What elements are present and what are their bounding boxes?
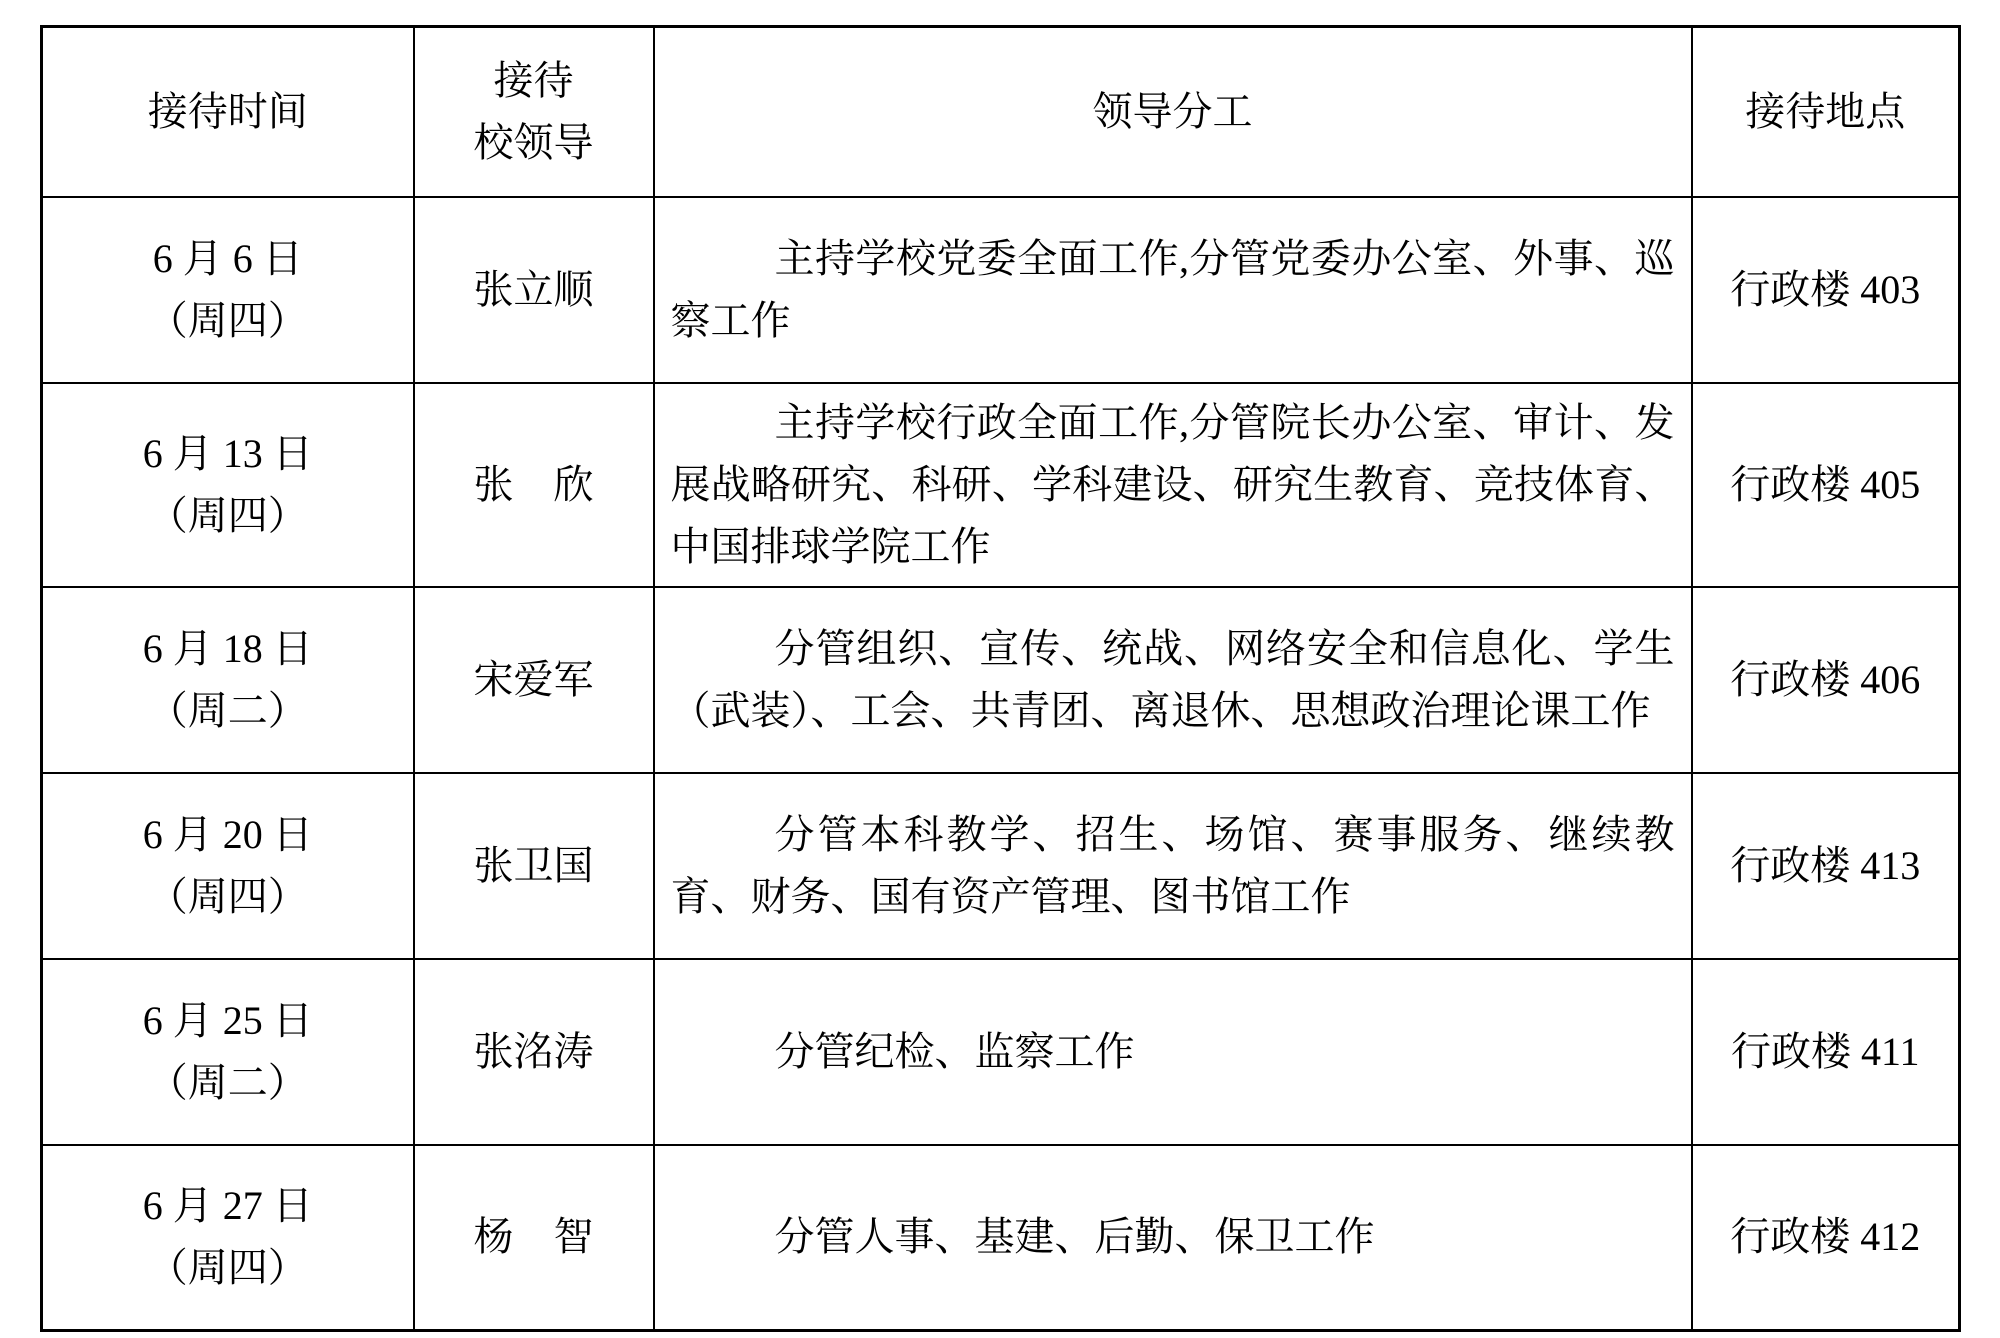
table-row: 6 月 6 日 （周四） 张立顺 主持学校党委全面工作,分管党委办公室、外事、巡… [42, 197, 1960, 383]
reception-schedule-table: 接待时间 接待 校领导 领导分工 接待地点 6 月 6 日 （周四） 张立顺 主… [40, 25, 1961, 1332]
duty-cell: 分管纪检、监察工作 [654, 959, 1692, 1145]
weekday-text: （周二） [59, 1052, 397, 1114]
table-row: 6 月 18 日 （周二） 宋爱军 分管组织、宣传、统战、网络安全和信息化、学生… [42, 587, 1960, 773]
date-text: 6 月 18 日 [59, 618, 397, 680]
leader-name-cell: 张立顺 [414, 197, 654, 383]
date-cell: 6 月 27 日 （周四） [42, 1145, 414, 1331]
leader-name-cell: 张 欣 [414, 383, 654, 587]
date-text: 6 月 27 日 [59, 1175, 397, 1237]
leader-name-cell: 宋爱军 [414, 587, 654, 773]
date-text: 6 月 13 日 [59, 423, 397, 485]
header-reception-time: 接待时间 [42, 27, 414, 197]
duty-cell: 分管组织、宣传、统战、网络安全和信息化、学生（武装）、工会、共青团、离退休、思想… [654, 587, 1692, 773]
table-header: 接待时间 接待 校领导 领导分工 接待地点 [42, 27, 1960, 197]
header-row: 接待时间 接待 校领导 领导分工 接待地点 [42, 27, 1960, 197]
date-cell: 6 月 13 日 （周四） [42, 383, 414, 587]
date-cell: 6 月 18 日 （周二） [42, 587, 414, 773]
date-text: 6 月 25 日 [59, 990, 397, 1052]
table-row: 6 月 27 日 （周四） 杨 智 分管人事、基建、后勤、保卫工作 行政楼 41… [42, 1145, 1960, 1331]
duty-cell: 主持学校党委全面工作,分管党委办公室、外事、巡察工作 [654, 197, 1692, 383]
location-cell: 行政楼 411 [1692, 959, 1960, 1145]
date-cell: 6 月 6 日 （周四） [42, 197, 414, 383]
duty-text: 分管组织、宣传、统战、网络安全和信息化、学生（武装）、工会、共青团、离退休、思想… [671, 618, 1675, 742]
location-cell: 行政楼 412 [1692, 1145, 1960, 1331]
header-leader-duties: 领导分工 [654, 27, 1692, 197]
date-text: 6 月 6 日 [59, 228, 397, 290]
header-receiving-leader: 接待 校领导 [414, 27, 654, 197]
weekday-text: （周四） [59, 290, 397, 352]
weekday-text: （周四） [59, 1237, 397, 1299]
duty-cell: 分管本科教学、招生、场馆、赛事服务、继续教育、财务、国有资产管理、图书馆工作 [654, 773, 1692, 959]
table-body: 6 月 6 日 （周四） 张立顺 主持学校党委全面工作,分管党委办公室、外事、巡… [42, 197, 1960, 1331]
weekday-text: （周四） [59, 866, 397, 928]
duty-text: 主持学校行政全面工作,分管院长办公室、审计、发展战略研究、科研、学科建设、研究生… [671, 392, 1675, 578]
duty-text: 主持学校党委全面工作,分管党委办公室、外事、巡察工作 [671, 228, 1675, 352]
date-text: 6 月 20 日 [59, 804, 397, 866]
table-row: 6 月 13 日 （周四） 张 欣 主持学校行政全面工作,分管院长办公室、审计、… [42, 383, 1960, 587]
duty-text: 分管本科教学、招生、场馆、赛事服务、继续教育、财务、国有资产管理、图书馆工作 [671, 804, 1675, 928]
location-cell: 行政楼 413 [1692, 773, 1960, 959]
weekday-text: （周四） [59, 485, 397, 547]
leader-name-cell: 张洺涛 [414, 959, 654, 1145]
date-cell: 6 月 20 日 （周四） [42, 773, 414, 959]
duty-cell: 分管人事、基建、后勤、保卫工作 [654, 1145, 1692, 1331]
location-cell: 行政楼 406 [1692, 587, 1960, 773]
table-row: 6 月 25 日 （周二） 张洺涛 分管纪检、监察工作 行政楼 411 [42, 959, 1960, 1145]
table-row: 6 月 20 日 （周四） 张卫国 分管本科教学、招生、场馆、赛事服务、继续教育… [42, 773, 1960, 959]
header-receiving-leader-line2: 校领导 [431, 112, 637, 174]
duty-cell: 主持学校行政全面工作,分管院长办公室、审计、发展战略研究、科研、学科建设、研究生… [654, 383, 1692, 587]
weekday-text: （周二） [59, 680, 397, 742]
leader-name-cell: 张卫国 [414, 773, 654, 959]
leader-name-cell: 杨 智 [414, 1145, 654, 1331]
duty-text: 分管人事、基建、后勤、保卫工作 [671, 1206, 1675, 1268]
date-cell: 6 月 25 日 （周二） [42, 959, 414, 1145]
header-receiving-leader-line1: 接待 [431, 50, 637, 112]
header-reception-location: 接待地点 [1692, 27, 1960, 197]
location-cell: 行政楼 403 [1692, 197, 1960, 383]
duty-text: 分管纪检、监察工作 [671, 1021, 1675, 1083]
location-cell: 行政楼 405 [1692, 383, 1960, 587]
